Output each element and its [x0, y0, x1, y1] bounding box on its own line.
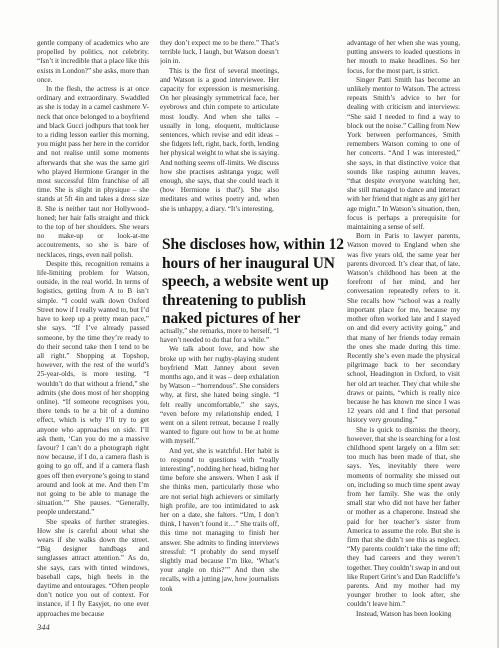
paragraph: they don’t expect me to be there.” That’… — [160, 39, 279, 67]
paragraph: Instead, Watson has been looking — [347, 610, 460, 619]
paragraph: gentle company of academics who are prop… — [37, 39, 149, 85]
article-column-3: advantage of her when she was young, put… — [347, 39, 460, 623]
paragraph: She speaks of further strategies. How sh… — [37, 518, 149, 619]
pull-quote: She discloses how, within 12 hours of he… — [162, 236, 347, 329]
paragraph: In the flesh, the actress is at once ord… — [37, 85, 149, 260]
magazine-page: gentle company of academics who are prop… — [0, 0, 500, 648]
paragraph: actually,” she remarks, more to herself,… — [160, 327, 279, 345]
article-column-2-lower: actually,” she remarks, more to herself,… — [160, 327, 279, 625]
paragraph: Born in Paris to lawyer parents, Watson … — [347, 232, 460, 425]
paragraph: Despite this, recognition remains a life… — [37, 260, 149, 518]
paragraph: advantage of her when she was young, put… — [347, 39, 460, 76]
paragraph-text: This is the first of several meetings, a… — [160, 67, 279, 167]
paragraph: We talk about love, and how she broke up… — [160, 345, 279, 446]
paragraph: She is quick to dismiss the theory, howe… — [347, 426, 460, 610]
italic-word: seems — [198, 159, 215, 167]
article-column-2-upper: they don’t expect me to be there.” That’… — [160, 39, 279, 235]
article-column-1: gentle company of academics who are prop… — [37, 39, 149, 623]
paragraph: And yet, she is watchful. Her habit is t… — [160, 447, 279, 594]
page-edge-line — [497, 0, 499, 648]
paragraph: Singer Patti Smith has become an unlikel… — [347, 76, 460, 232]
paragraph: This is the first of several meetings, a… — [160, 67, 279, 214]
page-number: 344 — [37, 622, 50, 632]
